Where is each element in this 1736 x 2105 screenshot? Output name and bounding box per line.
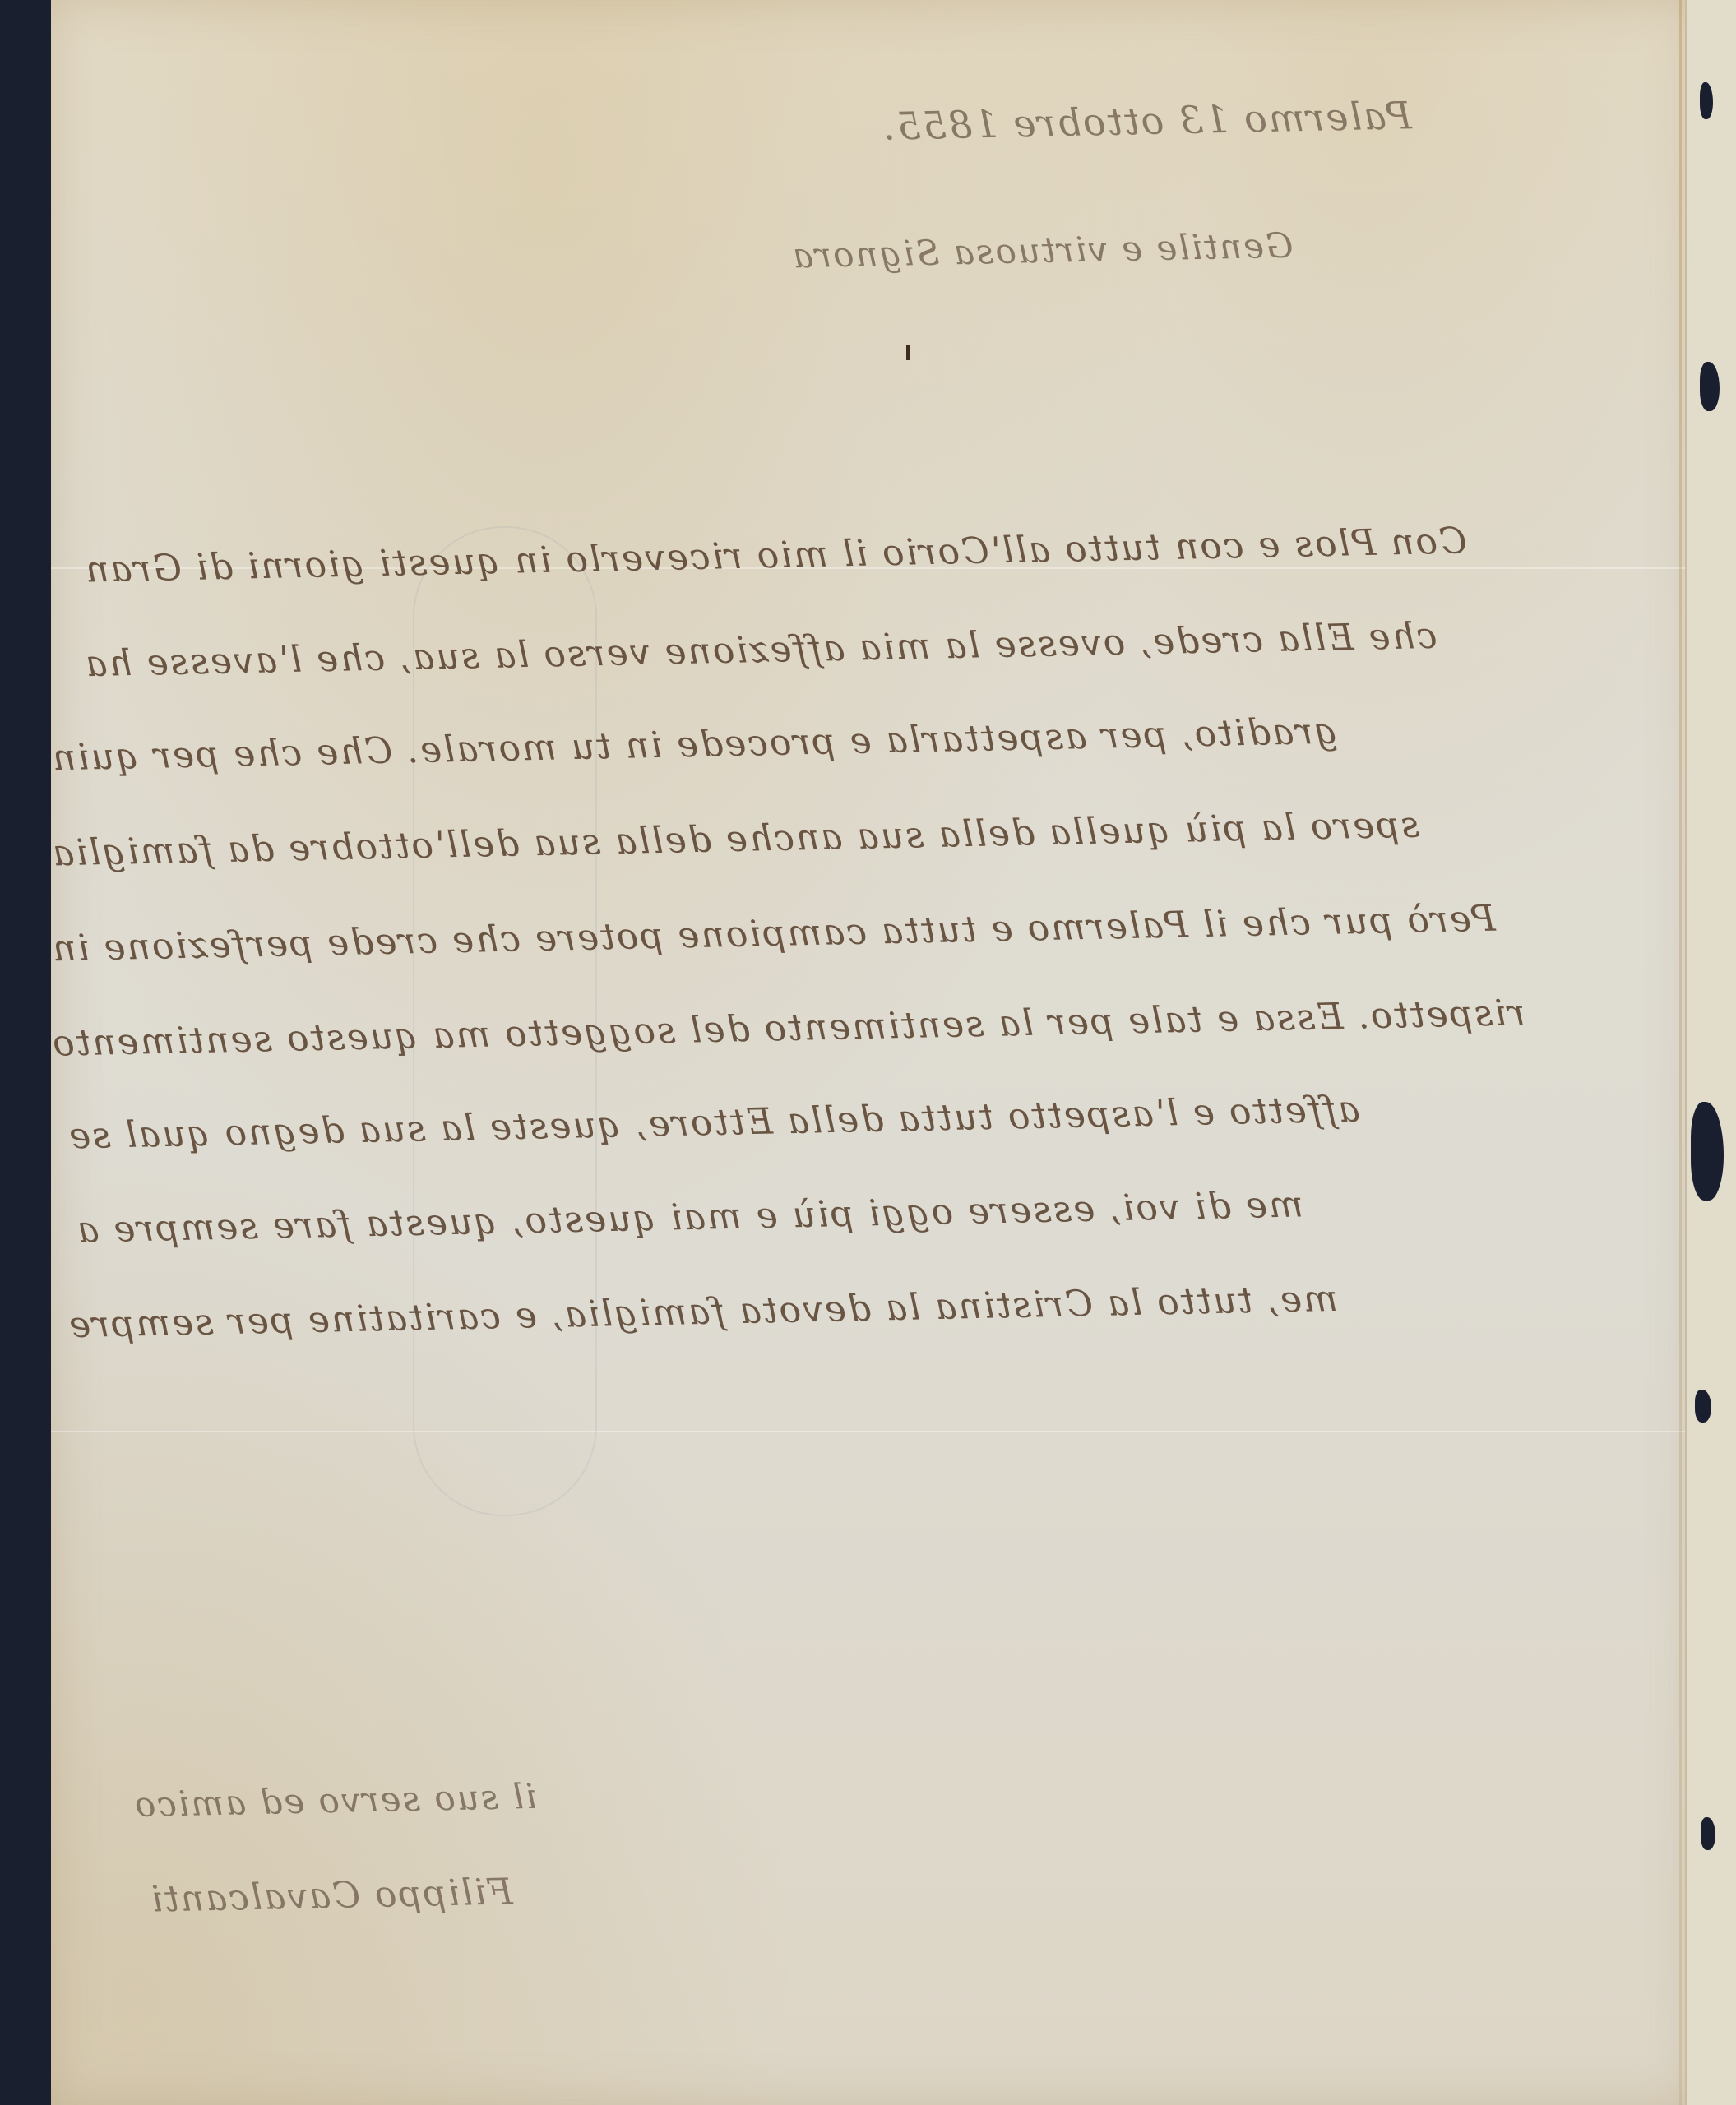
body-line: Con Plos e con tutto all'Corio il mio ri… xyxy=(84,520,1468,590)
signature: Filippo Cavalcanti xyxy=(150,1871,514,1920)
date-line: Palermo 13 ottobre 1855. xyxy=(882,93,1413,148)
body-line: me, tutto la Cristina la devota famiglia… xyxy=(67,1278,1339,1346)
body-line: me di voi, essere oggi più e mai questo,… xyxy=(76,1183,1304,1251)
body-line: affetto e l'aspetto tutta della Ettore, … xyxy=(67,1089,1361,1158)
paper-tear xyxy=(1701,1817,1715,1850)
letter-page: Palermo 13 ottobre 1855. Gentile e virtu… xyxy=(51,0,1696,2105)
paper-tear xyxy=(1700,82,1713,119)
closing-line: il suo servo ed amico xyxy=(133,1776,537,1825)
body-line: che Ella crede, ovesse la mia affezione … xyxy=(84,615,1437,685)
body-line: Però pur che il Palermo e tutta campione… xyxy=(51,898,1496,970)
paper-tear xyxy=(1695,1390,1711,1423)
page-edge-right xyxy=(1685,0,1736,2105)
body-line: rispetto. Essa e tale per la sentimento … xyxy=(51,992,1525,1065)
salutation: Gentile e virtuosa Signora xyxy=(791,225,1294,276)
ink-mark xyxy=(906,345,910,360)
scan-background-left xyxy=(0,0,51,2105)
body-line: gradito, per aspettarla e procede in tu … xyxy=(51,710,1338,780)
fold-line xyxy=(51,1431,1696,1432)
body-line: spero la più quella della sua anche dell… xyxy=(51,804,1420,875)
fold-line-vertical xyxy=(1679,0,1682,2105)
